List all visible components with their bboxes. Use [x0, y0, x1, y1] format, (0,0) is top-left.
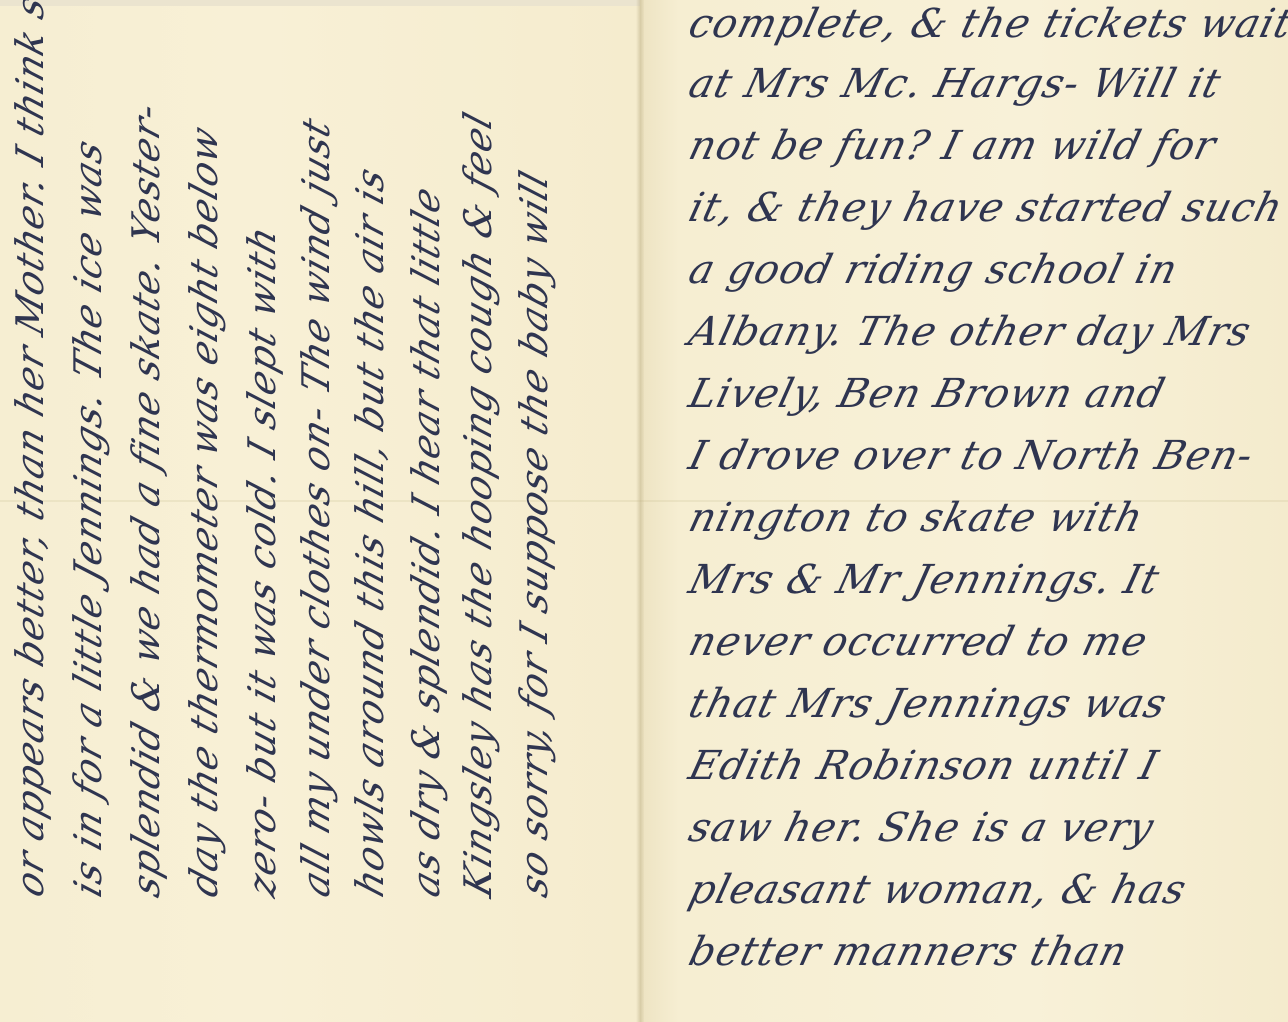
left-line-8: as dry & splendid. I hear that little — [404, 180, 448, 902]
right-line-12: that Mrs Jennings was — [684, 680, 1172, 728]
right-line-4: it, & they have started such — [684, 184, 1288, 232]
right-line-15: pleasant woman, & has — [684, 866, 1192, 914]
left-line-2: is in for a little Jennings. The ice was — [66, 133, 110, 902]
left-line-6: all my under clothes on- The wind just — [294, 112, 338, 902]
left-line-3: splendid & we had a fine skate. Yester- — [124, 97, 168, 902]
right-line-5: a good riding school in — [684, 246, 1183, 294]
right-line-14: saw her. She is a very — [684, 804, 1159, 852]
right-line-6: Albany. The other day Mrs — [684, 308, 1256, 356]
left-line-10: so sorry, for I suppose the baby will — [512, 165, 556, 902]
right-line-13: Edith Robinson until I — [684, 742, 1163, 790]
left-line-4: day the thermometer was eight below — [182, 120, 226, 902]
right-line-8: I drove over to North Ben- — [684, 432, 1258, 480]
right-line-9: nington to skate with — [684, 494, 1148, 542]
right-line-1: complete, & the tickets waiting — [684, 0, 1288, 48]
right-line-10: Mrs & Mr Jennings. It — [684, 556, 1165, 604]
left-line-9: Kingsley has the hooping cough & feel — [456, 106, 500, 902]
right-line-7: Lively, Ben Brown and — [684, 370, 1170, 418]
left-line-7: howls around this hill, but the air is — [348, 161, 392, 902]
left-page-text: or appears better, than her Mother. I th… — [0, 0, 640, 1022]
right-line-2: at Mrs Mc. Hargs- Will it — [684, 60, 1226, 108]
right-line-11: never occurred to me — [684, 618, 1153, 666]
right-line-16: better manners than — [684, 928, 1133, 976]
right-line-3: not be fun? I am wild for — [684, 122, 1221, 170]
left-line-5: zero- but it was cold. I slept with — [240, 220, 284, 902]
left-line-1: or appears better, than her Mother. I th… — [8, 0, 52, 902]
